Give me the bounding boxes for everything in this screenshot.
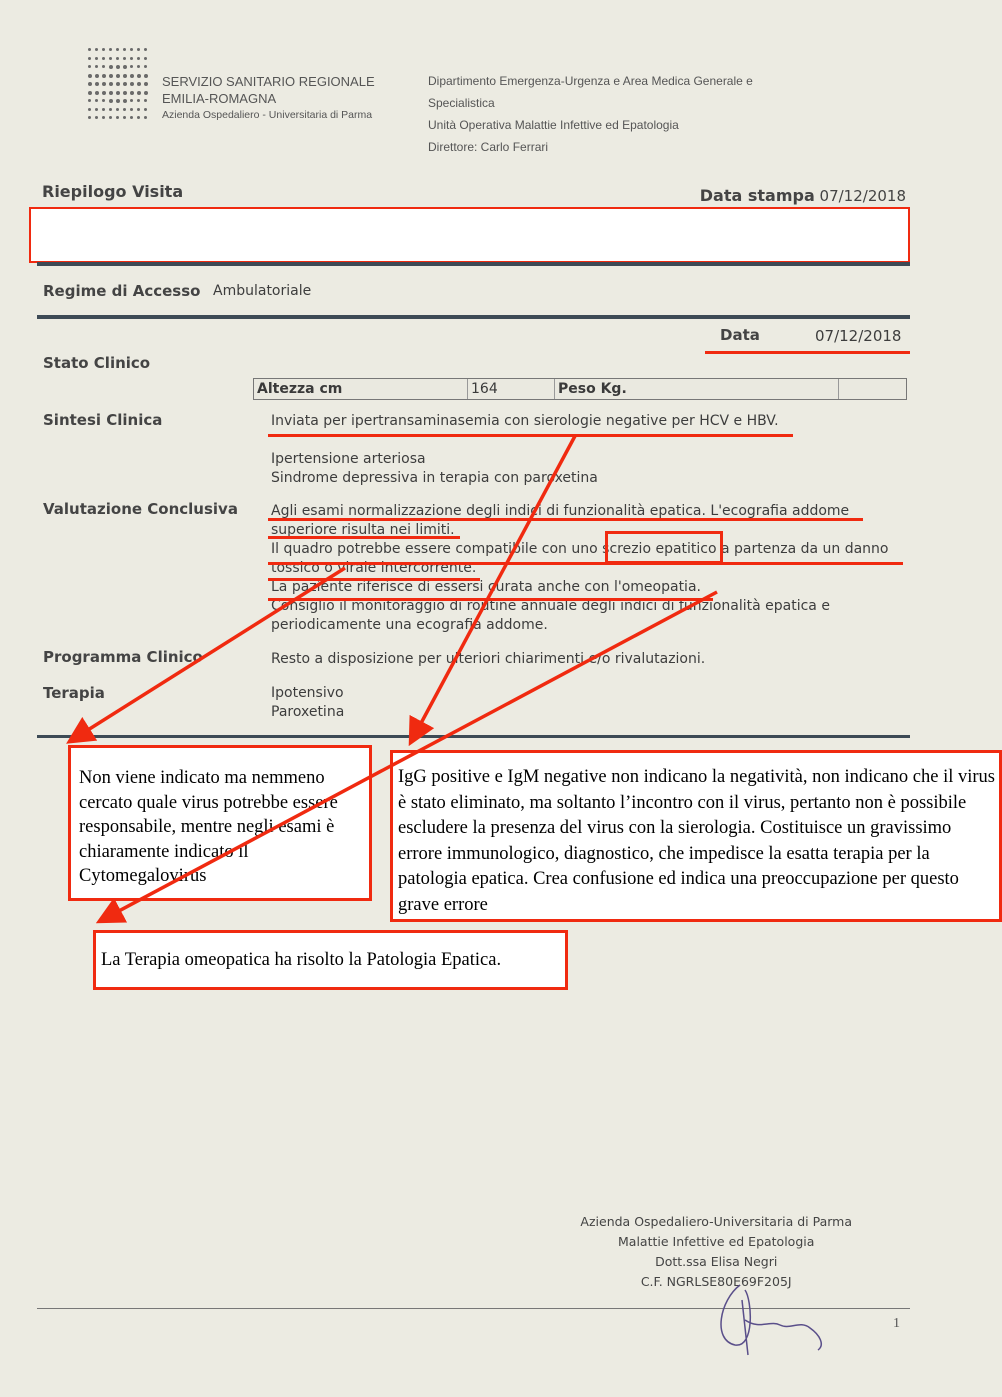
annotation-underline	[268, 536, 460, 539]
visit-date-underline	[705, 351, 910, 354]
therapy-item: Paroxetina	[271, 703, 344, 722]
divider	[37, 262, 910, 266]
annotation-underline	[268, 598, 713, 601]
ssr-logo	[88, 48, 152, 128]
synthesis-line-2: Ipertensione arteriosa	[271, 450, 426, 469]
page-title: Riepilogo Visita	[42, 182, 183, 201]
redacted-patient-box	[29, 207, 910, 263]
therapy-item: Ipotensivo	[271, 684, 344, 703]
divider	[37, 315, 910, 319]
divider	[37, 735, 910, 738]
access-value: Ambulatoriale	[213, 282, 311, 301]
org-line-2: EMILIA-ROMAGNA	[162, 90, 375, 107]
synthesis-line-3: Sindrome depressiva in terapia con parox…	[271, 469, 598, 488]
org-line-3: Azienda Ospedaliero - Universitaria di P…	[162, 107, 375, 124]
sig-line: Azienda Ospedaliero-Universitaria di Par…	[580, 1212, 852, 1232]
weight-label: Peso Kg.	[555, 379, 839, 399]
dept-line-1: Dipartimento Emergenza-Urgenza e Area Me…	[428, 70, 753, 92]
therapy-list: Ipotensivo Paroxetina	[271, 684, 344, 722]
dept-line-2: Specialistica	[428, 92, 753, 114]
sig-line: Dott.ssa Elisa Negri	[580, 1252, 852, 1272]
note-virus: Non viene indicato ma nemmeno cercato qu…	[68, 745, 372, 901]
program-label: Programma Clinico	[43, 648, 203, 666]
print-date-value: 07/12/2018	[820, 187, 906, 205]
visit-date-label: Data	[720, 326, 760, 344]
print-date: Data stampa 07/12/2018	[700, 186, 906, 205]
conclusion-line: periodicamente una ecografia addome.	[271, 616, 889, 635]
visit-date-value: 07/12/2018	[815, 327, 901, 346]
synthesis-label: Sintesi Clinica	[43, 411, 162, 429]
annotation-underline	[268, 578, 480, 581]
dept-line-4: Direttore: Carlo Ferrari	[428, 136, 753, 158]
annotation-underline	[268, 518, 863, 521]
access-label: Regime di Accesso	[43, 282, 200, 300]
footer-divider	[37, 1308, 910, 1309]
annotation-underline	[268, 434, 793, 437]
sig-line: C.F. NGRLSE80E69F205J	[580, 1272, 852, 1292]
dept-header: Dipartimento Emergenza-Urgenza e Area Me…	[428, 70, 753, 158]
page-number: 1	[893, 1316, 900, 1332]
dept-line-3: Unità Operativa Malattie Infettive ed Ep…	[428, 114, 753, 136]
height-value: 164	[468, 379, 555, 399]
sig-line: Malattie Infettive ed Epatologia	[580, 1232, 852, 1252]
therapy-label: Terapia	[43, 684, 105, 702]
conclusion-label: Valutazione Conclusiva	[43, 500, 238, 518]
signature-block: Azienda Ospedaliero-Universitaria di Par…	[580, 1212, 852, 1292]
conclusion-line: Il quadro potrebbe essere compatibile co…	[271, 540, 889, 559]
conclusion-block: Agli esami normalizzazione degli indici …	[271, 502, 889, 635]
height-label: Altezza cm	[254, 379, 468, 399]
highlight-box-screzio	[605, 531, 723, 564]
weight-value	[839, 379, 902, 399]
clinical-state-label: Stato Clinico	[43, 354, 150, 372]
vitals-table: Altezza cm 164 Peso Kg.	[253, 378, 907, 400]
program-value: Resto a disposizione per ulteriori chiar…	[271, 650, 705, 669]
print-date-label: Data stampa	[700, 186, 815, 205]
note-serology: IgG positive e IgM negative non indicano…	[390, 750, 1002, 922]
org-header: SERVIZIO SANITARIO REGIONALE EMILIA-ROMA…	[162, 73, 375, 124]
annotation-underline	[268, 562, 903, 565]
synthesis-line-1: Inviata per ipertransaminasemia con sier…	[271, 412, 779, 431]
note-homeopathy: La Terapia omeopatica ha risolto la Pato…	[93, 930, 568, 990]
org-line-1: SERVIZIO SANITARIO REGIONALE	[162, 73, 375, 90]
